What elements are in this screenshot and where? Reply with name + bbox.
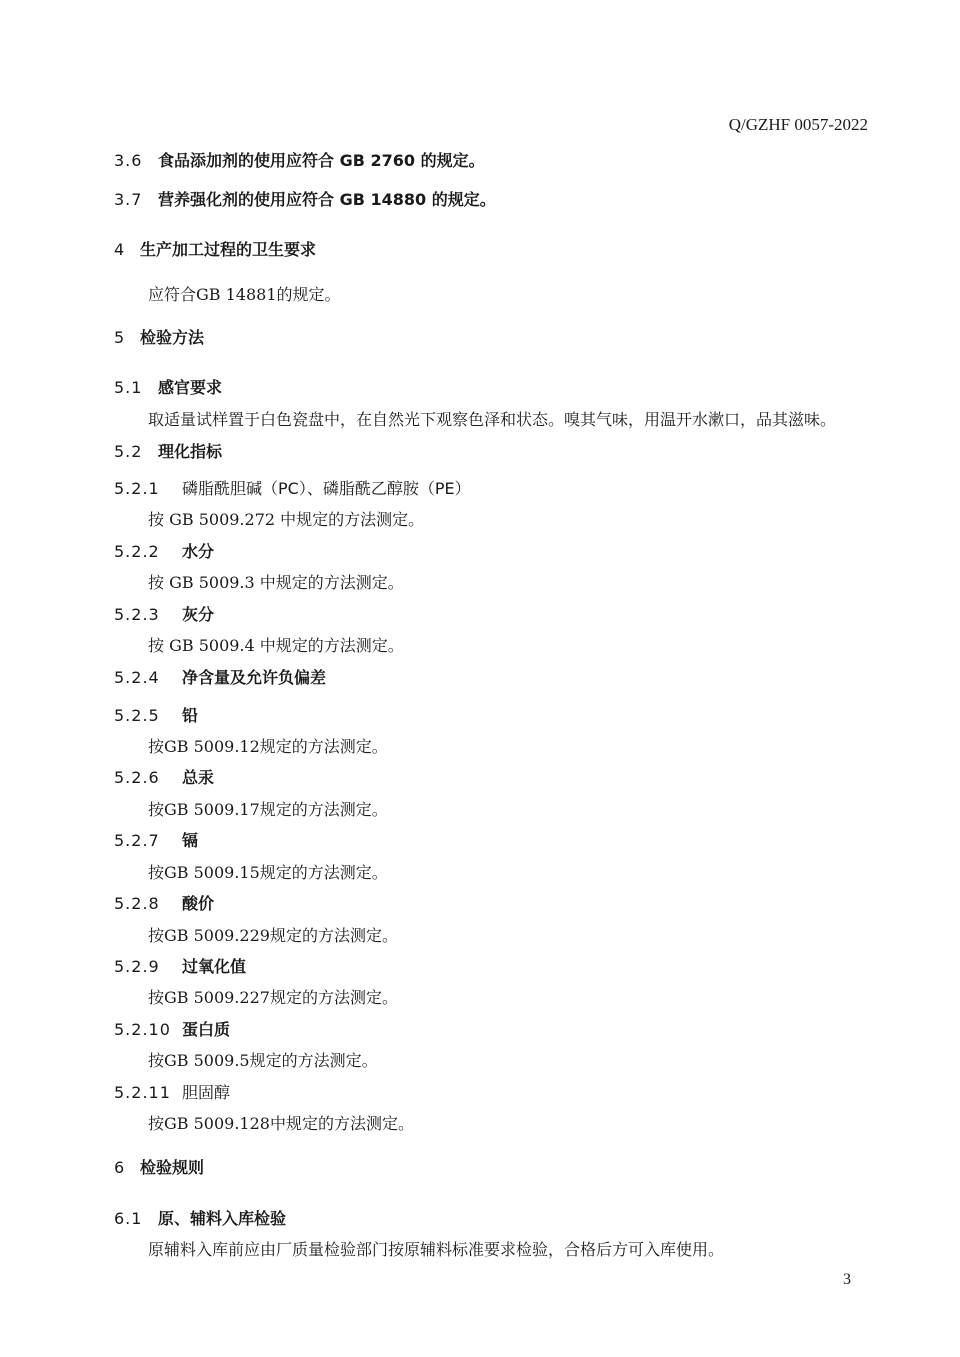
- section-title: 酸价: [182, 894, 214, 913]
- section-5-2-4-heading: 5.2.4净含量及允许负偏差: [114, 670, 326, 686]
- section-5-2-5-body: 按GB 5009.12规定的方法测定。: [148, 739, 388, 755]
- section-5-2-8-body: 按GB 5009.229规定的方法测定。: [148, 928, 398, 944]
- section-number: 5.2: [114, 444, 158, 460]
- section-5-2-3-body: 按 GB 5009.4 中规定的方法测定。: [148, 638, 404, 654]
- clause-3-6: 3.6食品添加剂的使用应符合 GB 2760 的规定。: [114, 153, 485, 169]
- section-number: 5.2.6: [114, 770, 182, 786]
- section-title: 胆固醇: [182, 1083, 230, 1102]
- section-5-2-10-body: 按GB 5009.5规定的方法测定。: [148, 1053, 378, 1069]
- section-title: 理化指标: [158, 442, 222, 461]
- section-number: 5.2.11: [114, 1085, 182, 1101]
- section-5-2-9-body: 按GB 5009.227规定的方法测定。: [148, 990, 398, 1006]
- section-title: 铅: [182, 706, 198, 725]
- section-5-2-7-body: 按GB 5009.15规定的方法测定。: [148, 865, 388, 881]
- document-page: Q/GZHF 0057-2022 3.6食品添加剂的使用应符合 GB 2760 …: [0, 0, 960, 1357]
- section-4-heading: 4生产加工过程的卫生要求: [114, 242, 316, 258]
- section-5-2-6-body: 按GB 5009.17规定的方法测定。: [148, 802, 388, 818]
- section-5-2-2-heading: 5.2.2水分: [114, 544, 214, 560]
- section-number: 5: [114, 330, 140, 346]
- clause-text: 营养强化剂的使用应符合 GB 14880 的规定。: [158, 190, 496, 209]
- section-title: 总汞: [182, 768, 214, 787]
- section-5-heading: 5检验方法: [114, 330, 204, 346]
- section-5-2-8-heading: 5.2.8酸价: [114, 896, 214, 912]
- clause-number: 3.6: [114, 153, 158, 169]
- section-title: 检验规则: [140, 1158, 204, 1177]
- section-number: 5.2.2: [114, 544, 182, 560]
- section-title: 原、辅料入库检验: [158, 1209, 286, 1228]
- section-number: 6.1: [114, 1211, 158, 1227]
- section-5-2-7-heading: 5.2.7镉: [114, 833, 198, 849]
- section-5-2-heading: 5.2理化指标: [114, 444, 222, 460]
- section-title: 检验方法: [140, 328, 204, 347]
- section-5-2-10-heading: 5.2.10蛋白质: [114, 1022, 230, 1038]
- section-6-heading: 6检验规则: [114, 1160, 204, 1176]
- section-5-2-11-heading: 5.2.11胆固醇: [114, 1085, 230, 1101]
- section-number: 5.2.3: [114, 607, 182, 623]
- section-number: 5.2.10: [114, 1022, 182, 1038]
- section-5-2-1-body: 按 GB 5009.272 中规定的方法测定。: [148, 512, 424, 528]
- section-number: 5.1: [114, 380, 158, 396]
- section-5-2-1-heading: 5.2.1磷脂酰胆碱（PC）、磷脂酰乙醇胺（PE）: [114, 481, 471, 497]
- section-5-2-5-heading: 5.2.5铅: [114, 708, 198, 724]
- section-number: 6: [114, 1160, 140, 1176]
- page-number: 3: [843, 1272, 851, 1288]
- section-title: 过氧化值: [182, 957, 246, 976]
- clause-text: 食品添加剂的使用应符合 GB 2760 的规定。: [158, 151, 485, 170]
- section-title: 感官要求: [158, 378, 222, 397]
- section-5-2-3-heading: 5.2.3灰分: [114, 607, 214, 623]
- clause-number: 3.7: [114, 192, 158, 208]
- section-title: 蛋白质: [182, 1020, 230, 1039]
- clause-3-7: 3.7营养强化剂的使用应符合 GB 14880 的规定。: [114, 192, 496, 208]
- section-5-2-6-heading: 5.2.6总汞: [114, 770, 214, 786]
- section-5-1-heading: 5.1感官要求: [114, 380, 222, 396]
- section-5-2-9-heading: 5.2.9过氧化值: [114, 959, 246, 975]
- section-number: 5.2.7: [114, 833, 182, 849]
- section-number: 5.2.9: [114, 959, 182, 975]
- section-number: 4: [114, 242, 140, 258]
- section-number: 5.2.4: [114, 670, 182, 686]
- section-number: 5.2.5: [114, 708, 182, 724]
- section-number: 5.2.1: [114, 481, 182, 497]
- section-4-body: 应符合GB 14881的规定。: [148, 287, 341, 303]
- section-6-1-heading: 6.1原、辅料入库检验: [114, 1211, 286, 1227]
- document-code: Q/GZHF 0057-2022: [729, 116, 868, 133]
- section-title: 水分: [182, 542, 214, 561]
- section-title: 净含量及允许负偏差: [182, 668, 326, 687]
- section-5-1-body: 取适量试样置于白色瓷盘中，在自然光下观察色泽和状态。嗅其气味，用温开水漱口，品其…: [148, 412, 836, 428]
- section-5-2-2-body: 按 GB 5009.3 中规定的方法测定。: [148, 575, 404, 591]
- section-title: 镉: [182, 831, 198, 850]
- section-title: 生产加工过程的卫生要求: [140, 240, 316, 259]
- section-number: 5.2.8: [114, 896, 182, 912]
- section-title: 灰分: [182, 605, 214, 624]
- section-title: 磷脂酰胆碱（PC）、磷脂酰乙醇胺（PE）: [182, 479, 471, 498]
- section-5-2-11-body: 按GB 5009.128中规定的方法测定。: [148, 1116, 414, 1132]
- section-6-1-body: 原辅料入库前应由厂质量检验部门按原辅料标准要求检验，合格后方可入库使用。: [148, 1242, 724, 1258]
